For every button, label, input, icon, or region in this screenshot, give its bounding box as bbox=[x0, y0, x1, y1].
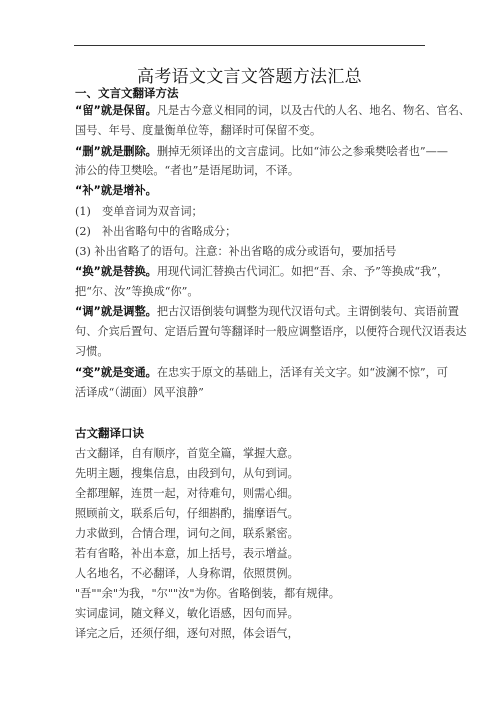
paragraph-bu: “补”就是增补。 bbox=[75, 184, 427, 198]
bold-lead: “删”就是删除。 bbox=[75, 145, 157, 158]
paragraph-text: 删掉无须译出的文言虚词。比如“沛公之参乘樊哙者也”—— bbox=[157, 145, 448, 158]
paragraph-tiao: “调”就是调整。把古汉语倒装句调整为现代汉语句式。主谓倒装句、宾语前置 bbox=[75, 305, 427, 319]
mnemonic-line: 古文翻译，自有顺序，首览全篇，掌握大意。 bbox=[75, 447, 427, 461]
mnemonic-line: 若有省略，补出本意，加上括号，表示增益。 bbox=[75, 547, 427, 561]
bold-lead: “变”就是变通。 bbox=[75, 366, 157, 379]
list-item: (1) 变单音词为双音词； bbox=[75, 205, 427, 219]
paragraph-line: 活译成“（湖面）风平浪静” bbox=[75, 386, 427, 400]
list-item: (3) 补出省略了的语句。注意：补出省略的成分或语句，要加括号 bbox=[75, 245, 427, 259]
paragraph-line: 国号、年号、度量衡单位等，翻译时可保留不变。 bbox=[75, 124, 427, 138]
paragraph-bian: “变”就是变通。在忠实于原文的基础上，活译有关文字。如“波澜不惊”，可 bbox=[75, 366, 427, 380]
paragraph-line: 句、介宾后置句、定语后置句等翻译时一般应调整语序，以便符合现代汉语表达 bbox=[75, 325, 427, 339]
paragraph-liu: “留”就是保留。凡是古今意义相同的词，以及古代的人名、地名、物名、官名、 bbox=[75, 104, 427, 118]
bold-lead: “换”就是替换。 bbox=[75, 265, 157, 278]
mnemonic-line: 照顾前文，联系后句，仔细斟酌，揣摩语气。 bbox=[75, 507, 427, 521]
mnemonic-line: 人名地名，不必翻译，人身称谓，依照贯例。 bbox=[75, 567, 427, 581]
paragraph-text: 把古汉语倒装句调整为现代汉语句式。主谓倒装句、宾语前置 bbox=[157, 305, 459, 318]
mnemonic-line: 先明主题，搜集信息，由段到句，从句到词。 bbox=[75, 467, 427, 481]
paragraph-line: 习惯。 bbox=[75, 345, 427, 359]
document-page: 高考语文文言文答题方法汇总 一、文言文翻译方法 “留”就是保留。凡是古今意义相同… bbox=[0, 0, 500, 707]
paragraph-text: 在忠实于原文的基础上，活译有关文字。如“波澜不惊”，可 bbox=[157, 366, 448, 379]
list-item: (2) 补出省略句中的省略成分； bbox=[75, 225, 427, 239]
mnemonic-line: 译完之后，还须仔细，逐句对照，体会语气， bbox=[75, 627, 427, 641]
mnemonic-line: "吾""余"为我，"尔""汝"为你。省略倒装，都有规律。 bbox=[75, 587, 427, 601]
bold-lead: “调”就是调整。 bbox=[75, 305, 157, 318]
bold-lead: “补”就是增补。 bbox=[75, 184, 157, 197]
mnemonic-line: 全都理解，连贯一起，对待难句，则需心细。 bbox=[75, 487, 427, 501]
bold-lead: “留”就是保留。 bbox=[75, 104, 157, 117]
section-heading-translation-methods: 一、文言文翻译方法 bbox=[75, 86, 427, 100]
paragraph-line: 把“尔、汝”等换成“你”。 bbox=[75, 285, 427, 299]
paragraph-text: 用现代词汇替换古代词汇。如把“吾、余、予”等换成“我”， bbox=[157, 265, 448, 278]
paragraph-huan: “换”就是替换。用现代词汇替换古代词汇。如把“吾、余、予”等换成“我”， bbox=[75, 265, 427, 279]
header-rule bbox=[74, 45, 425, 46]
page-title: 高考语文文言文答题方法汇总 bbox=[74, 62, 425, 87]
mnemonic-line: 力求做到，合情合理，词句之间，联系紧密。 bbox=[75, 527, 427, 541]
paragraph-line: 沛公的侍卫樊哙。“者也”是语尾助词，不译。 bbox=[75, 164, 427, 178]
mnemonic-line: 实词虚词，随文释义，敏化语感，因句而异。 bbox=[75, 607, 427, 621]
paragraph-text: 凡是古今意义相同的词，以及古代的人名、地名、物名、官名、 bbox=[157, 104, 470, 117]
paragraph-shan: “删”就是删除。删掉无须译出的文言虚词。比如“沛公之参乘樊哙者也”—— bbox=[75, 145, 427, 159]
section-heading-mnemonic: 古文翻译口诀 bbox=[75, 426, 427, 440]
